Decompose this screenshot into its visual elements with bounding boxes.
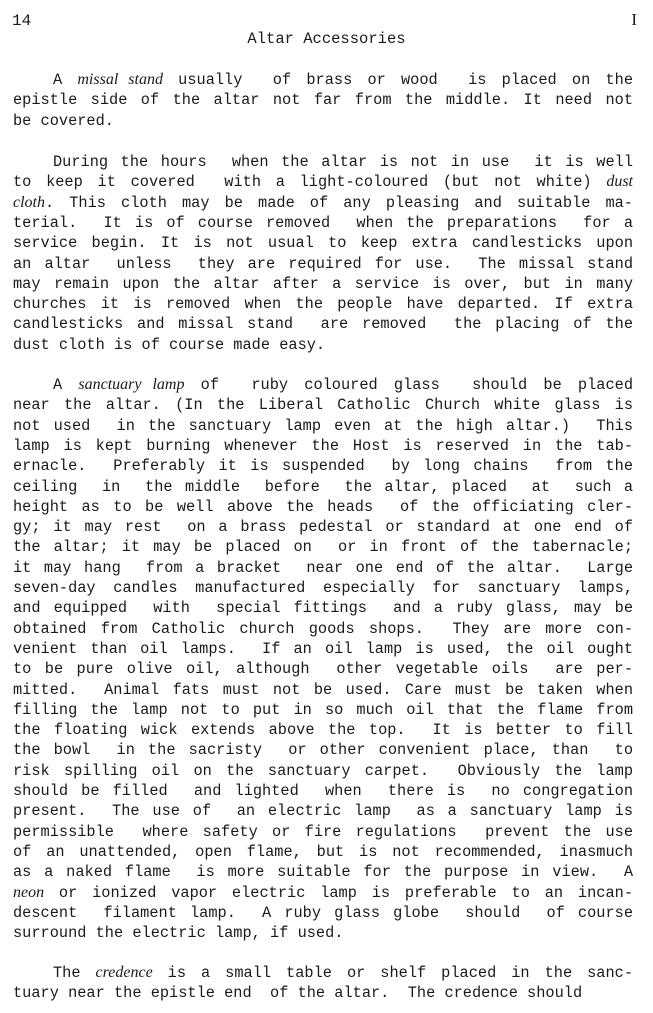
emphasized-term: sanctuary lamp <box>78 376 184 393</box>
text-line: gy; it may rest on a brass pedestal or s… <box>13 517 633 537</box>
text-line: it may hang from a bracket near one end … <box>13 558 633 578</box>
text-line: ceiling in the middle before the altar, … <box>13 477 633 497</box>
text-line: tuary near the epistle end of the altar.… <box>13 983 633 1003</box>
text-line: the bowl in the sacristy or other conven… <box>13 740 633 760</box>
page-number: 14 <box>12 12 31 30</box>
text-line: near the altar. (In the Liberal Catholic… <box>13 395 633 415</box>
emphasized-term: cloth <box>13 194 45 211</box>
text-line: be covered. <box>13 111 633 131</box>
text-line: candlesticks and missal stand are remove… <box>13 314 633 334</box>
text-line: ernacle. Preferably it is suspended by l… <box>13 456 633 476</box>
text-line: as a naked flame is more suitable for th… <box>13 862 633 882</box>
text-line: should be filled and lighted when there … <box>13 781 633 801</box>
text-line: neon or ionized vapor electric lamp is p… <box>13 883 633 903</box>
section-mark: I <box>631 10 637 30</box>
text-line: permissible where safety or fire regulat… <box>13 822 633 842</box>
text-line: risk spilling oil on the sanctuary carpe… <box>13 761 633 781</box>
page-title: Altar Accessories <box>0 30 653 48</box>
text-line: may remain upon the altar after a servic… <box>13 274 633 294</box>
text-line: the floating wick extends above the top.… <box>13 720 633 740</box>
text-line: churches it is removed when the people h… <box>13 294 633 314</box>
emphasized-term: dust <box>606 173 633 190</box>
text-line: During the hours when the altar is not i… <box>53 152 633 172</box>
text-line: and equipped with special fittings and a… <box>13 598 633 618</box>
text-line: dust cloth is of course made easy. <box>13 335 633 355</box>
text-line: obtained from Catholic church goods shop… <box>13 619 633 639</box>
text-line: the altar; it may be placed on or in fro… <box>13 537 633 557</box>
text-line: A missal stand usually of brass or wood … <box>53 70 633 90</box>
text-line: not used in the sanctuary lamp even at t… <box>13 416 633 436</box>
text-line: filling the lamp not to put in so much o… <box>13 700 633 720</box>
text-line: cloth. This cloth may be made of any ple… <box>13 193 633 213</box>
text-line: of an unattended, open flame, but is not… <box>13 842 633 862</box>
text-line: present. The use of an electric lamp as … <box>13 801 633 821</box>
text-line: A sanctuary lamp of ruby coloured glass … <box>53 375 633 395</box>
text-line: height as to be well above the heads of … <box>13 497 633 517</box>
text-line: to be pure olive oil, although other veg… <box>13 659 633 679</box>
text-line: service begin. It is not usual to keep e… <box>13 233 633 253</box>
emphasized-term: credence <box>96 964 153 981</box>
text-line: venient than oil lamps. If an oil lamp i… <box>13 639 633 659</box>
text-line: seven-day candles manufactured especiall… <box>13 578 633 598</box>
text-line: epistle side of the altar not far from t… <box>13 90 633 110</box>
emphasized-term: neon <box>13 884 44 901</box>
text-line: to keep it covered with a light-coloured… <box>13 172 633 192</box>
text-line: terial. It is of course removed when the… <box>13 213 633 233</box>
text-line: surround the electric lamp, if used. <box>13 923 633 943</box>
text-line: mitted. Animal fats must not be used. Ca… <box>13 680 633 700</box>
text-line: descent filament lamp. A ruby glass glob… <box>13 903 633 923</box>
text-line: an altar unless they are required for us… <box>13 254 633 274</box>
emphasized-term: missal stand <box>77 71 163 88</box>
text-line: The credence is a small table or shelf p… <box>53 963 633 983</box>
text-line: lamp is kept burning whenever the Host i… <box>13 436 633 456</box>
